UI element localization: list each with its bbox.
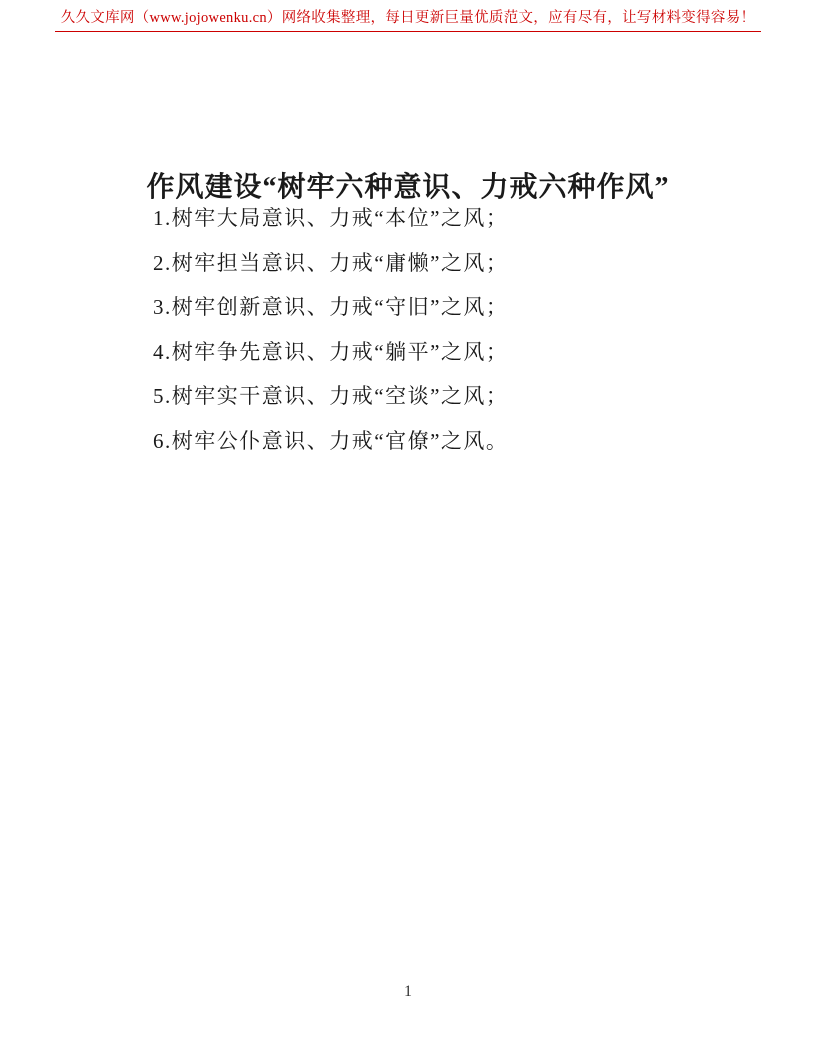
list-item: 2.树牢担当意识、力戒“庸懒”之风； — [96, 241, 720, 286]
page-number: 1 — [0, 983, 816, 1001]
document-page: 久久文库网（www.jojowenku.cn）网络收集整理，每日更新巨量优质范文… — [0, 0, 816, 1056]
header-divider — [55, 31, 761, 32]
list-item: 4.树牢争先意识、力戒“躺平”之风； — [96, 330, 720, 375]
document-body: 1.树牢大局意识、力戒“本位”之风； 2.树牢担当意识、力戒“庸懒”之风； 3.… — [96, 196, 720, 463]
header-watermark-text: 久久文库网（www.jojowenku.cn）网络收集整理，每日更新巨量优质范文… — [55, 0, 761, 27]
list-item: 5.树牢实干意识、力戒“空谈”之风； — [96, 374, 720, 419]
list-item: 1.树牢大局意识、力戒“本位”之风； — [96, 196, 720, 241]
list-item: 3.树牢创新意识、力戒“守旧”之风； — [96, 285, 720, 330]
list-item: 6.树牢公仆意识、力戒“官僚”之风。 — [96, 419, 720, 464]
